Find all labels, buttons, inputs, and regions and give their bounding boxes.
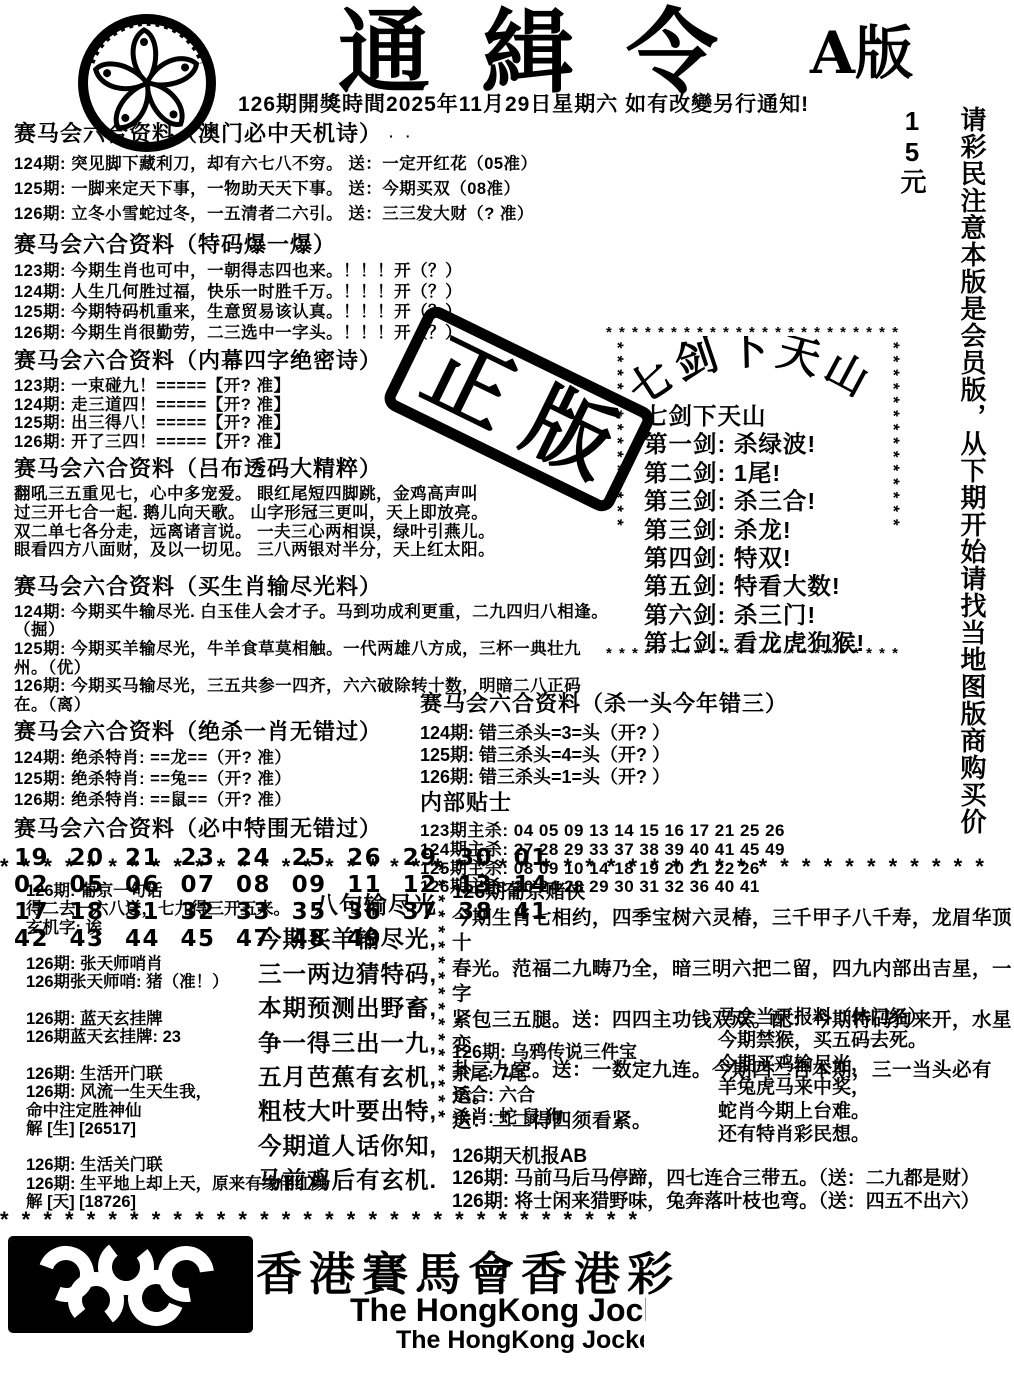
edition-label: A版 (810, 22, 913, 84)
kill-head-lines: 124期: 错三杀头=3=头（开? ） 125期: 错三杀头=4=头（开? ） … (420, 722, 1006, 788)
lottery-tip-sheet-page: { "header": { "title": "通緝令", "edition":… (0, 0, 1014, 1388)
hkjc-horseshoe-icon (8, 1236, 253, 1333)
draw-time-subtitle: 126期開獎時間2025年11月29日星期六 如有改變另行通知! (238, 88, 809, 118)
tianji-report-ab-block: 126期天机报AB 126期: 马前马后马停蹄，四七连合三带五。（送：二九都是财… (452, 1146, 1014, 1213)
section-tema-baoyibao: 赛马会六合资料（特码爆一爆） 123期: 今期生肖也可中，一朝得志四也来。！！！… (14, 232, 614, 343)
star-divider-top: * * * * * * * * * * * * * * * * * * * * … (0, 857, 1012, 877)
crow-legend-block: 126期: 乌鸦传说三件宝 杀尾: 7尾 杀合: 六合 杀肖: 蛇 鼠 狗 (452, 1042, 722, 1128)
seven-swords-list: 七剑下天山 第一剑: 杀绿波! 第二剑: 1尾! 第三剑: 杀三合! 第三剑: … (644, 402, 865, 658)
section-lines: 翻吼三五重见七，心中多宠爱。 眼红尾短四脚跳，金鸡高声叫 过三开七合一起. 鹅儿… (14, 485, 614, 559)
eight-line-poem-column: 八句输尽光 今期买羊输尽光, 三一两边猜特码, 本期预测出野畜, 争一得三出一九… (225, 888, 437, 1198)
footer-english-line2: The HongKong Jockey (396, 1326, 644, 1355)
title-dots: · · (389, 128, 414, 144)
section-title: 赛马会六合资料（特码爆一爆） (14, 232, 614, 258)
section-lines: 123期: 今期生肖也可中，一朝得志四也来。！！！开（？） 124期: 人生几何… (14, 261, 614, 343)
section-title: 赛马会六合资料（买生肖输尽光料） (14, 574, 614, 600)
mahui-daily-report-block: 马会当天报料（休门经） 今期禁猴，买五码去死。 今期买鸡输尽光， 羊兔虎马来中奖… (718, 1006, 1010, 1146)
section-title: 赛马会六合资料（杀一头今年错三） (420, 691, 1006, 717)
section-title: 赛马会六合资料（澳门必中天机诗） · · (14, 121, 614, 149)
section-title-text: 赛马会六合资料（澳门必中天机诗） (14, 121, 382, 146)
section-lines: 124期: 突见脚下藏利刀，却有六七八不穷。 送：一定开红花（05准） 125期… (14, 152, 614, 227)
seven-swords-box: * * * * * * * * * * * * * * * * * * * * … (606, 326, 904, 662)
section-macau-tianji-poem: 赛马会六合资料（澳门必中天机诗） · · 124期: 突见脚下藏利刀，却有六七八… (14, 121, 614, 227)
hkjc-logo (8, 1236, 253, 1338)
footer-english-line1: The HongKong Jockey (350, 1292, 646, 1329)
masthead-title: 通緝令 (338, 2, 818, 102)
star-border-right: ************** (885, 342, 901, 642)
pujing-dux-title: 126期葡京赌侠 (452, 880, 1014, 904)
internal-tips-title: 内部贴士 (420, 790, 1006, 816)
